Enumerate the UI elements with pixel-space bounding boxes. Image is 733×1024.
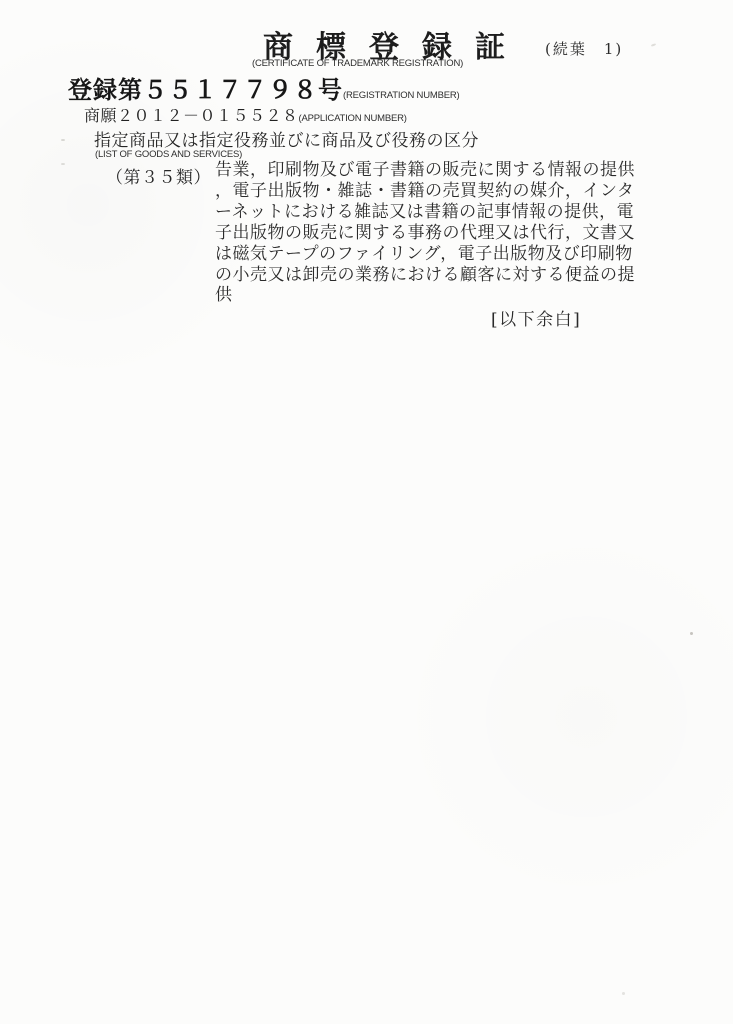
registration-number-line: 登録第５５１７７９８号 (REGISTRATION NUMBER) (68, 70, 460, 105)
goods-services-description: 告業，印刷物及び電子書籍の販売に関する情報の提供 ，電子出版物・雑誌・書籍の売買… (215, 160, 655, 306)
description-line: ーネットにおける雑誌又は書籍の記事情報の提供，電 (215, 202, 655, 223)
certificate-page: 商標登録証 (CERTIFICATE OF TRADEMARK REGISTRA… (0, 0, 733, 1024)
goods-services-heading-english: (LIST OF GOODS AND SERVICES) (95, 149, 242, 160)
class-35-label: （第３５類） (106, 163, 211, 188)
application-number: 商願２０１２－０１５５２８ (84, 103, 299, 126)
description-line: ，電子出版物・雑誌・書籍の売買契約の媒介，インタ (215, 181, 655, 202)
scan-speck (690, 632, 693, 635)
description-line: は磁気テープのファイリング，電子出版物及び印刷物 (215, 244, 655, 265)
document-title-english: (CERTIFICATE OF TRADEMARK REGISTRATION) (252, 58, 463, 69)
scan-speck (622, 992, 625, 995)
registration-number: 登録第５５１７７９８号 (68, 70, 343, 105)
scan-speck (61, 139, 65, 141)
description-line: 供 (215, 285, 655, 306)
application-number-english-label: (APPLICATION NUMBER) (299, 113, 407, 124)
registration-number-english-label: (REGISTRATION NUMBER) (343, 90, 460, 101)
scan-speck (61, 163, 65, 165)
description-line: 子出版物の販売に関する事務の代理又は代行，文書又 (215, 223, 655, 244)
description-line: の小売又は卸売の業務における顧客に対する便益の提 (215, 265, 655, 286)
blank-below-marker: [以下余白] (491, 305, 581, 330)
continuation-sheet-label: (続葉 1) (545, 38, 623, 59)
application-number-line: 商願２０１２－０１５５２８ (APPLICATION NUMBER) (84, 103, 407, 126)
goods-services-heading: 指定商品又は指定役務並びに商品及び役務の区分 (94, 126, 479, 151)
description-line: 告業，印刷物及び電子書籍の販売に関する情報の提供 (215, 160, 655, 181)
scan-speck (651, 43, 656, 47)
